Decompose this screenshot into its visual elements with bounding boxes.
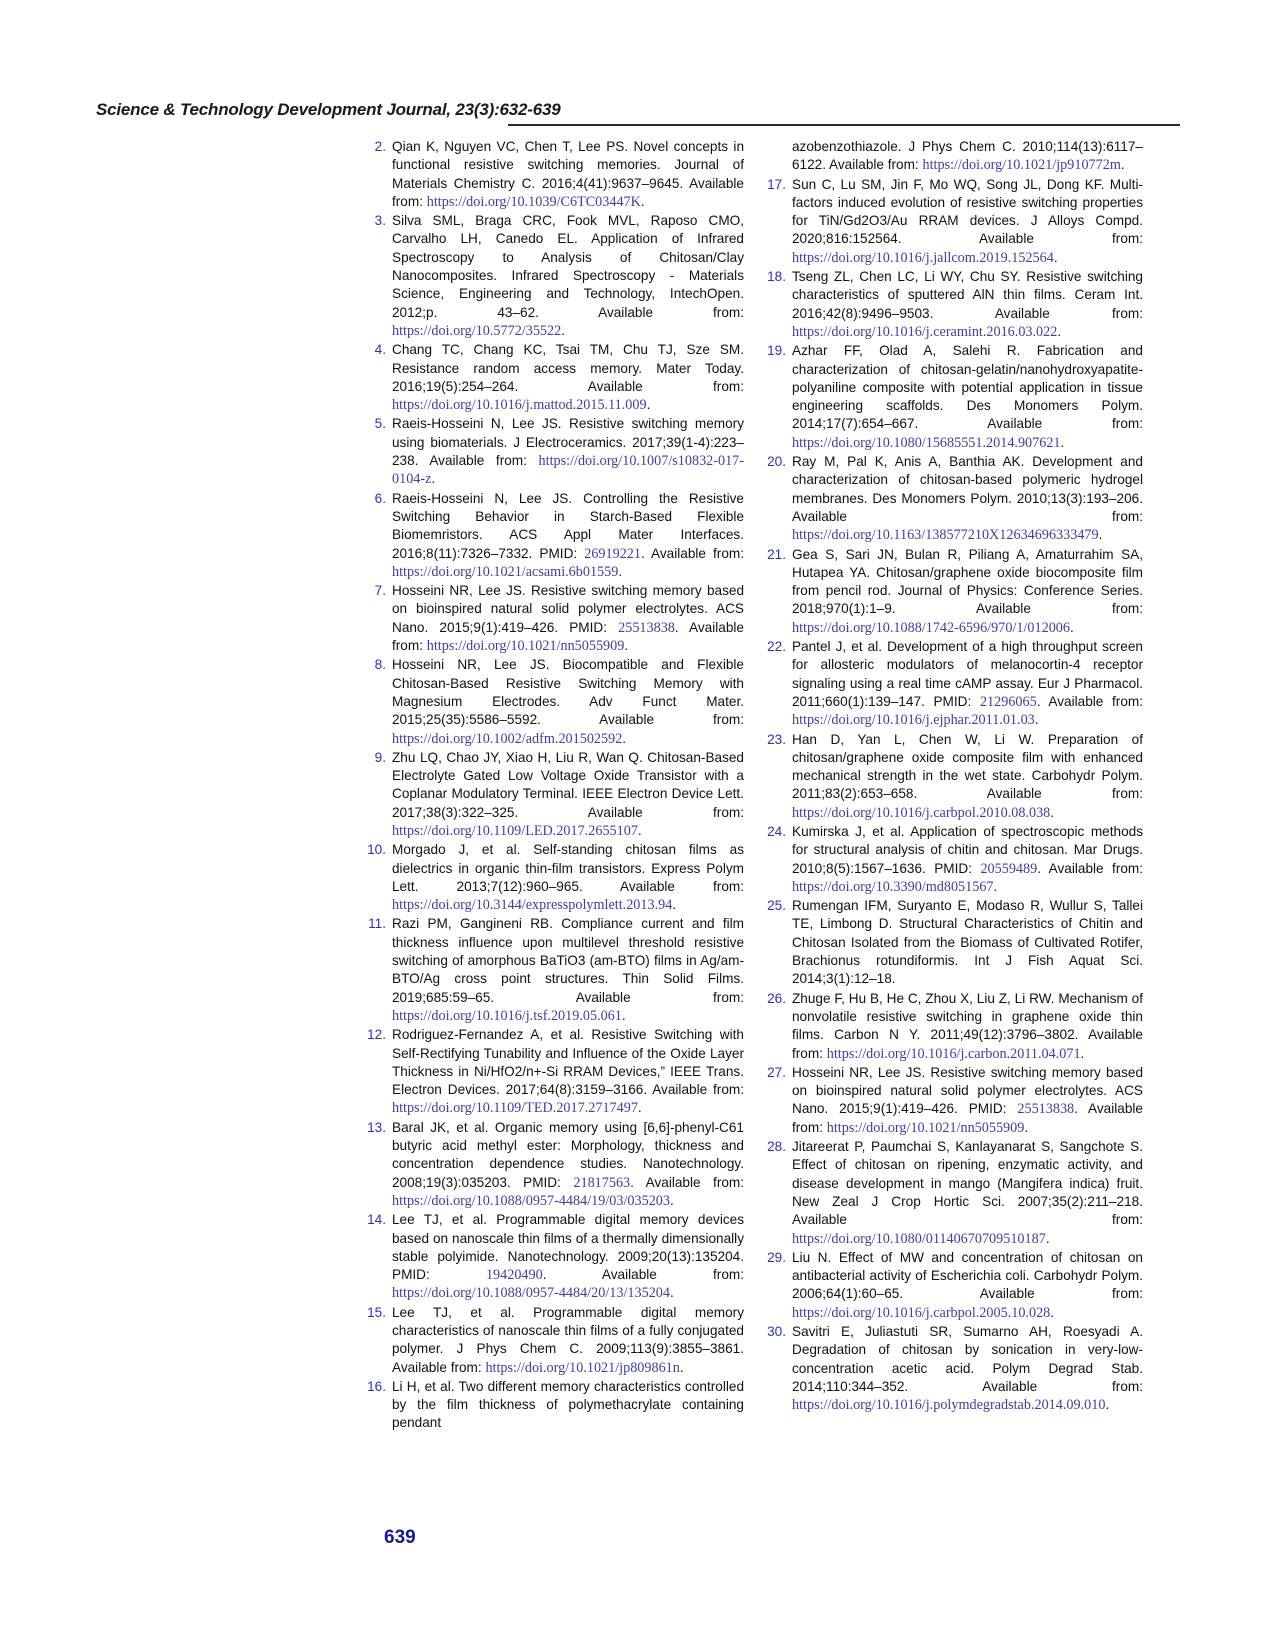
reference-text: Silva SML, Braga CRC, Fook MVL, Raposo C…: [392, 213, 744, 319]
reference-item: 17.Sun C, Lu SM, Jin F, Mo WQ, Song JL, …: [760, 176, 1143, 267]
doi-link[interactable]: https://doi.org/10.1109/LED.2017.2655107: [392, 823, 638, 839]
reference-body: Silva SML, Braga CRC, Fook MVL, Raposo C…: [392, 213, 744, 338]
reference-item: 21.Gea S, Sari JN, Bulan R, Piliang A, A…: [760, 546, 1143, 637]
reference-item: 3.Silva SML, Braga CRC, Fook MVL, Raposo…: [360, 212, 744, 340]
reference-text: .: [622, 731, 626, 746]
reference-item: 25.Rumengan IFM, Suryanto E, Modaso R, W…: [760, 897, 1143, 988]
doi-link[interactable]: https://doi.org/10.1016/j.tsf.2019.05.06…: [392, 1008, 622, 1024]
pmid-link[interactable]: 19420490: [486, 1267, 543, 1283]
references-right-column: azobenzothiazole. J Phys Chem C. 2010;11…: [760, 138, 1143, 1415]
doi-link[interactable]: https://doi.org/10.1109/TED.2017.2717497: [392, 1100, 638, 1116]
reference-number: 6.: [360, 490, 386, 508]
reference-body: Chang TC, Chang KC, Tsai TM, Chu TJ, Sze…: [392, 342, 744, 412]
reference-text: Morgado J, et al. Self-standing chitosan…: [392, 842, 744, 894]
reference-text: .: [647, 397, 651, 412]
reference-item: 11.Razi PM, Gangineni RB. Compliance cur…: [360, 915, 744, 1025]
reference-body: Rumengan IFM, Suryanto E, Modaso R, Wull…: [792, 898, 1143, 986]
doi-link[interactable]: https://doi.org/10.1016/j.carbpol.2005.1…: [792, 1305, 1050, 1321]
journal-header: Science & Technology Development Journal…: [96, 100, 561, 120]
reference-body: Liu N. Effect of MW and concentration of…: [792, 1250, 1143, 1320]
reference-number: 4.: [360, 341, 386, 359]
reference-number: 5.: [360, 415, 386, 433]
reference-number: 12.: [360, 1026, 386, 1044]
reference-body: Azhar FF, Olad A, Salehi R. Fabrication …: [792, 343, 1143, 449]
reference-number: 17.: [760, 176, 786, 194]
reference-text: . Available from:: [1037, 861, 1143, 876]
reference-item: 15.Lee TJ, et al. Programmable digital m…: [360, 1304, 744, 1377]
reference-item: 7.Hosseini NR, Lee JS. Resistive switchi…: [360, 582, 744, 655]
reference-body: Hosseini NR, Lee JS. Biocompatible and F…: [392, 657, 744, 745]
reference-body: Han D, Yan L, Chen W, Li W. Preparation …: [792, 732, 1143, 820]
reference-item: 2.Qian K, Nguyen VC, Chen T, Lee PS. Nov…: [360, 138, 744, 211]
pmid-link[interactable]: 20559489: [980, 861, 1037, 877]
reference-number: 25.: [760, 897, 786, 915]
header-rule: [508, 124, 1180, 126]
reference-body: Qian K, Nguyen VC, Chen T, Lee PS. Novel…: [392, 139, 744, 209]
reference-text: Azhar FF, Olad A, Salehi R. Fabrication …: [792, 343, 1143, 431]
reference-text: . Available from:: [641, 546, 744, 561]
reference-text: .: [1081, 1046, 1085, 1061]
reference-body: Rodriguez-Fernandez A, et al. Resistive …: [392, 1027, 744, 1115]
reference-text: . Available from:: [630, 1175, 744, 1190]
reference-text: .: [1035, 712, 1039, 727]
reference-number: 13.: [360, 1119, 386, 1137]
reference-number: 7.: [360, 582, 386, 600]
reference-text: .: [622, 1008, 626, 1023]
page-number: 639: [384, 1527, 416, 1549]
doi-link[interactable]: https://doi.org/10.1021/acsami.6b01559: [392, 564, 618, 580]
reference-text: Sun C, Lu SM, Jin F, Mo WQ, Song JL, Don…: [792, 177, 1143, 247]
reference-body: Gea S, Sari JN, Bulan R, Piliang A, Amat…: [792, 547, 1143, 635]
reference-item: 24.Kumirska J, et al. Application of spe…: [760, 823, 1143, 896]
reference-body: Lee TJ, et al. Programmable digital memo…: [392, 1212, 744, 1300]
reference-text: Gea S, Sari JN, Bulan R, Piliang A, Amat…: [792, 547, 1143, 617]
reference-text: .: [1070, 620, 1074, 635]
reference-text: . Available from:: [1037, 694, 1143, 709]
reference-item: 12.Rodriguez-Fernandez A, et al. Resisti…: [360, 1026, 744, 1117]
reference-text: . Available from:: [543, 1267, 744, 1282]
reference-number: 30.: [760, 1323, 786, 1341]
reference-body: Sun C, Lu SM, Jin F, Mo WQ, Song JL, Don…: [792, 177, 1143, 265]
reference-number: 8.: [360, 656, 386, 674]
doi-link[interactable]: https://doi.org/10.1016/j.carbpol.2010.0…: [792, 805, 1050, 821]
reference-text: Li H, et al. Two different memory charac…: [392, 1379, 744, 1431]
reference-number: 9.: [360, 749, 386, 767]
reference-number: 19.: [760, 342, 786, 360]
reference-body: Raeis-Hosseini N, Lee JS. Controlling th…: [392, 491, 744, 579]
doi-link[interactable]: https://doi.org/10.3144/expresspolymlett…: [392, 897, 672, 913]
reference-body: Razi PM, Gangineni RB. Compliance curren…: [392, 916, 744, 1022]
reference-item: 6.Raeis-Hosseini N, Lee JS. Controlling …: [360, 490, 744, 581]
reference-text: .: [618, 564, 622, 579]
reference-number: 21.: [760, 546, 786, 564]
reference-text: Zhu LQ, Chao JY, Xiao H, Liu R, Wan Q. C…: [392, 750, 744, 820]
reference-text: .: [672, 897, 676, 912]
reference-text: .: [1057, 324, 1061, 339]
reference-body: Morgado J, et al. Self-standing chitosan…: [392, 842, 744, 912]
reference-body: Li H, et al. Two different memory charac…: [392, 1379, 744, 1431]
reference-text: .: [1050, 1305, 1054, 1320]
reference-body: Tseng ZL, Chen LC, Li WY, Chu SY. Resist…: [792, 269, 1143, 339]
reference-text: .: [1046, 1231, 1050, 1246]
reference-text: Hosseini NR, Lee JS. Biocompatible and F…: [392, 657, 744, 727]
reference-number: 16.: [360, 1378, 386, 1396]
reference-text: .: [1050, 805, 1054, 820]
reference-number: 20.: [760, 453, 786, 471]
reference-number: 10.: [360, 841, 386, 859]
doi-link[interactable]: https://doi.org/10.5772/35522: [392, 323, 561, 339]
reference-body: Hosseini NR, Lee JS. Resistive switching…: [792, 1065, 1143, 1135]
reference-item: 22.Pantel J, et al. Development of a hig…: [760, 638, 1143, 729]
reference-number: 15.: [360, 1304, 386, 1322]
reference-body: Kumirska J, et al. Application of spectr…: [792, 824, 1143, 894]
reference-item: 9.Zhu LQ, Chao JY, Xiao H, Liu R, Wan Q.…: [360, 749, 744, 840]
reference-number: 22.: [760, 638, 786, 656]
reference-item: 10.Morgado J, et al. Self-standing chito…: [360, 841, 744, 914]
reference-body: Lee TJ, et al. Programmable digital memo…: [392, 1305, 744, 1375]
reference-continuation: azobenzothiazole. J Phys Chem C. 2010;11…: [760, 138, 1143, 175]
doi-link[interactable]: https://doi.org/10.1021/nn5055909: [827, 1120, 1025, 1136]
doi-link[interactable]: https://doi.org/10.1021/nn5055909: [427, 638, 625, 654]
reference-item: 29.Liu N. Effect of MW and concentration…: [760, 1249, 1143, 1322]
reference-text: .: [670, 1193, 674, 1208]
reference-number: 27.: [760, 1064, 786, 1082]
reference-body: Zhu LQ, Chao JY, Xiao H, Liu R, Wan Q. C…: [392, 750, 744, 838]
reference-body: Raeis-Hosseini N, Lee JS. Resistive swit…: [392, 416, 744, 486]
doi-link[interactable]: https://doi.org/10.1088/1742-6596/970/1/…: [792, 620, 1070, 636]
doi-link[interactable]: https://doi.org/10.1002/adfm.201502592: [392, 731, 622, 747]
reference-text: .: [994, 879, 998, 894]
reference-number: 28.: [760, 1138, 786, 1156]
pmid-link[interactable]: 25513838: [618, 620, 675, 636]
reference-text: .: [1024, 1120, 1028, 1135]
doi-link[interactable]: https://doi.org/10.1016/j.mattod.2015.11…: [392, 397, 647, 413]
reference-text: .: [1099, 527, 1103, 542]
doi-link[interactable]: https://doi.org/10.1021/jp910772m: [922, 157, 1120, 173]
reference-text: Rumengan IFM, Suryanto E, Modaso R, Wull…: [792, 898, 1143, 986]
reference-item: 13.Baral JK, et al. Organic memory using…: [360, 1119, 744, 1210]
reference-item: 5.Raeis-Hosseini N, Lee JS. Resistive sw…: [360, 415, 744, 488]
reference-body: Zhuge F, Hu B, He C, Zhou X, Liu Z, Li R…: [792, 991, 1143, 1061]
reference-text: .: [624, 638, 628, 653]
reference-item: 26.Zhuge F, Hu B, He C, Zhou X, Liu Z, L…: [760, 990, 1143, 1063]
doi-link[interactable]: https://doi.org/10.1039/C6TC03447K: [427, 194, 641, 210]
reference-text: Razi PM, Gangineni RB. Compliance curren…: [392, 916, 744, 1004]
reference-text: .: [1054, 250, 1058, 265]
doi-link[interactable]: https://doi.org/10.1080/15685551.2014.90…: [792, 435, 1061, 451]
references-left-column: 2.Qian K, Nguyen VC, Chen T, Lee PS. Nov…: [360, 138, 744, 1434]
reference-text: .: [1105, 1397, 1109, 1412]
doi-link[interactable]: https://doi.org/10.1016/j.jallcom.2019.1…: [792, 250, 1054, 266]
reference-number: 11.: [360, 915, 386, 933]
reference-body: Hosseini NR, Lee JS. Resistive switching…: [392, 583, 744, 653]
reference-text: Han D, Yan L, Chen W, Li W. Preparation …: [792, 732, 1143, 802]
reference-item: 4.Chang TC, Chang KC, Tsai TM, Chu TJ, S…: [360, 341, 744, 414]
reference-text: Jitareerat P, Paumchai S, Kanlayanarat S…: [792, 1139, 1143, 1227]
reference-text: .: [638, 1100, 642, 1115]
doi-link[interactable]: https://doi.org/10.1016/j.carbon.2011.04…: [827, 1046, 1081, 1062]
reference-item: 20.Ray M, Pal K, Anis A, Banthia AK. Dev…: [760, 453, 1143, 544]
reference-item: 23.Han D, Yan L, Chen W, Li W. Preparati…: [760, 731, 1143, 822]
reference-number: 14.: [360, 1211, 386, 1229]
reference-text: .: [638, 823, 642, 838]
pmid-link[interactable]: 21817563: [573, 1175, 630, 1191]
reference-text: .: [1061, 435, 1065, 450]
doi-link[interactable]: https://doi.org/10.1021/jp809861n: [485, 1360, 679, 1376]
reference-item: 19.Azhar FF, Olad A, Salehi R. Fabricati…: [760, 342, 1143, 452]
reference-text: .: [670, 1285, 674, 1300]
reference-text: Tseng ZL, Chen LC, Li WY, Chu SY. Resist…: [792, 269, 1143, 321]
reference-text: Savitri E, Juliastuti SR, Sumarno AH, Ro…: [792, 1324, 1143, 1394]
reference-number: 24.: [760, 823, 786, 841]
reference-number: 29.: [760, 1249, 786, 1267]
reference-number: 2.: [360, 138, 386, 156]
reference-number: 3.: [360, 212, 386, 230]
pmid-link[interactable]: 26919221: [584, 546, 641, 562]
reference-body: azobenzothiazole. J Phys Chem C. 2010;11…: [792, 139, 1143, 172]
doi-link[interactable]: https://doi.org/10.1163/138577210X126346…: [792, 527, 1099, 543]
reference-body: Pantel J, et al. Development of a high t…: [792, 639, 1143, 727]
journal-references-page: Science & Technology Development Journal…: [0, 0, 1276, 1649]
doi-link[interactable]: https://doi.org/10.1016/j.ejphar.2011.01…: [792, 712, 1035, 728]
doi-link[interactable]: https://doi.org/10.1080/0114067070951018…: [792, 1231, 1046, 1247]
reference-text: Rodriguez-Fernandez A, et al. Resistive …: [392, 1027, 744, 1097]
reference-text: .: [561, 323, 565, 338]
reference-text: Chang TC, Chang KC, Tsai TM, Chu TJ, Sze…: [392, 342, 744, 394]
reference-number: 26.: [760, 990, 786, 1008]
doi-link[interactable]: https://doi.org/10.1088/0957-4484/20/13/…: [392, 1285, 670, 1301]
reference-body: Baral JK, et al. Organic memory using [6…: [392, 1120, 744, 1208]
reference-text: .: [1121, 157, 1125, 172]
doi-link[interactable]: https://doi.org/10.1016/j.ceramint.2016.…: [792, 324, 1057, 340]
reference-text: .: [680, 1360, 684, 1375]
reference-body: Ray M, Pal K, Anis A, Banthia AK. Develo…: [792, 454, 1143, 542]
reference-item: 8.Hosseini NR, Lee JS. Biocompatible and…: [360, 656, 744, 747]
reference-item: 18.Tseng ZL, Chen LC, Li WY, Chu SY. Res…: [760, 268, 1143, 341]
reference-text: Ray M, Pal K, Anis A, Banthia AK. Develo…: [792, 454, 1143, 524]
pmid-link[interactable]: 25513838: [1017, 1101, 1074, 1117]
reference-body: Savitri E, Juliastuti SR, Sumarno AH, Ro…: [792, 1324, 1143, 1412]
reference-item: 16.Li H, et al. Two different memory cha…: [360, 1378, 744, 1433]
reference-item: 14.Lee TJ, et al. Programmable digital m…: [360, 1211, 744, 1302]
pmid-link[interactable]: 21296065: [980, 694, 1037, 710]
reference-text: .: [641, 194, 645, 209]
doi-link[interactable]: https://doi.org/10.1088/0957-4484/19/03/…: [392, 1193, 670, 1209]
doi-link[interactable]: https://doi.org/10.3390/md8051567: [792, 879, 994, 895]
reference-item: 30.Savitri E, Juliastuti SR, Sumarno AH,…: [760, 1323, 1143, 1414]
reference-number: 18.: [760, 268, 786, 286]
doi-link[interactable]: https://doi.org/10.1016/j.polymdegradsta…: [792, 1397, 1105, 1413]
reference-text: .: [431, 471, 435, 486]
reference-body: Jitareerat P, Paumchai S, Kanlayanarat S…: [792, 1139, 1143, 1245]
reference-number: 23.: [760, 731, 786, 749]
reference-item: 28.Jitareerat P, Paumchai S, Kanlayanara…: [760, 1138, 1143, 1248]
reference-item: 27.Hosseini NR, Lee JS. Resistive switch…: [760, 1064, 1143, 1137]
reference-text: Liu N. Effect of MW and concentration of…: [792, 1250, 1143, 1302]
